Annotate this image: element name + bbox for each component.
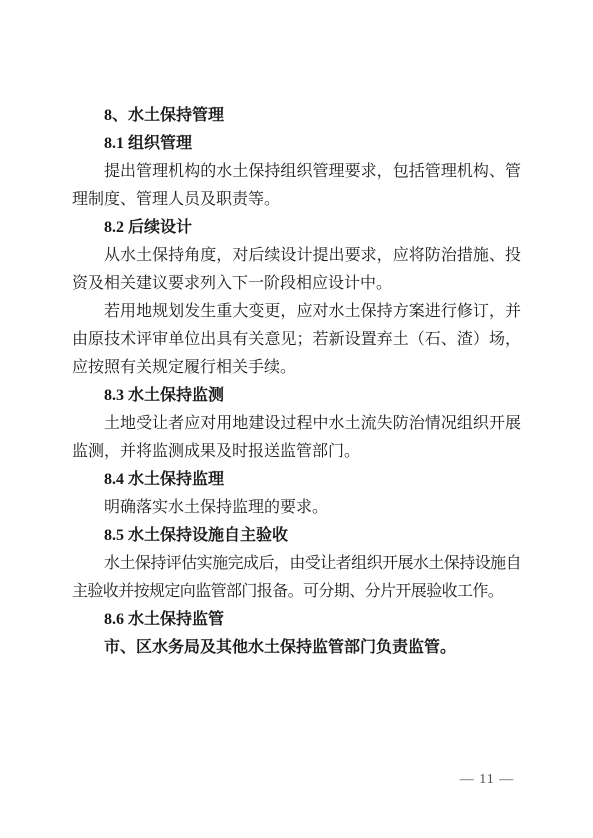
paragraph-8-6: 市、区水务局及其他水土保持监管部门负责监管。: [72, 634, 521, 662]
document-page: 8、水土保持管理 8.1 组织管理 提出管理机构的水土保持组织管理要求，包括管理…: [0, 0, 593, 838]
document-content: 8、水土保持管理 8.1 组织管理 提出管理机构的水土保持组织管理要求，包括管理…: [72, 102, 521, 662]
heading-8-4: 8.4 水土保持监理: [72, 466, 521, 494]
heading-8-2: 8.2 后续设计: [72, 214, 521, 242]
page-number: — 11 —: [447, 770, 527, 790]
heading-8: 8、水土保持管理: [72, 102, 521, 130]
paragraph-8-2-b: 若用地规划发生重大变更，应对水土保持方案进行修订，并由原技术评审单位出具有关意见…: [72, 298, 521, 382]
heading-8-5: 8.5 水土保持设施自主验收: [72, 522, 521, 550]
heading-8-3: 8.3 水土保持监测: [72, 382, 521, 410]
heading-8-6: 8.6 水土保持监管: [72, 606, 521, 634]
paragraph-8-3: 土地受让者应对用地建设过程中水土流失防治情况组织开展监测，并将监测成果及时报送监…: [72, 410, 521, 466]
paragraph-8-5: 水土保持评估实施完成后，由受让者组织开展水土保持设施自主验收并按规定向监管部门报…: [72, 550, 521, 606]
heading-8-1: 8.1 组织管理: [72, 130, 521, 158]
paragraph-8-1: 提出管理机构的水土保持组织管理要求，包括管理机构、管理制度、管理人员及职责等。: [72, 158, 521, 214]
paragraph-8-2-a: 从水土保持角度，对后续设计提出要求，应将防治措施、投资及相关建议要求列入下一阶段…: [72, 242, 521, 298]
paragraph-8-4: 明确落实水土保持监理的要求。: [72, 494, 521, 522]
